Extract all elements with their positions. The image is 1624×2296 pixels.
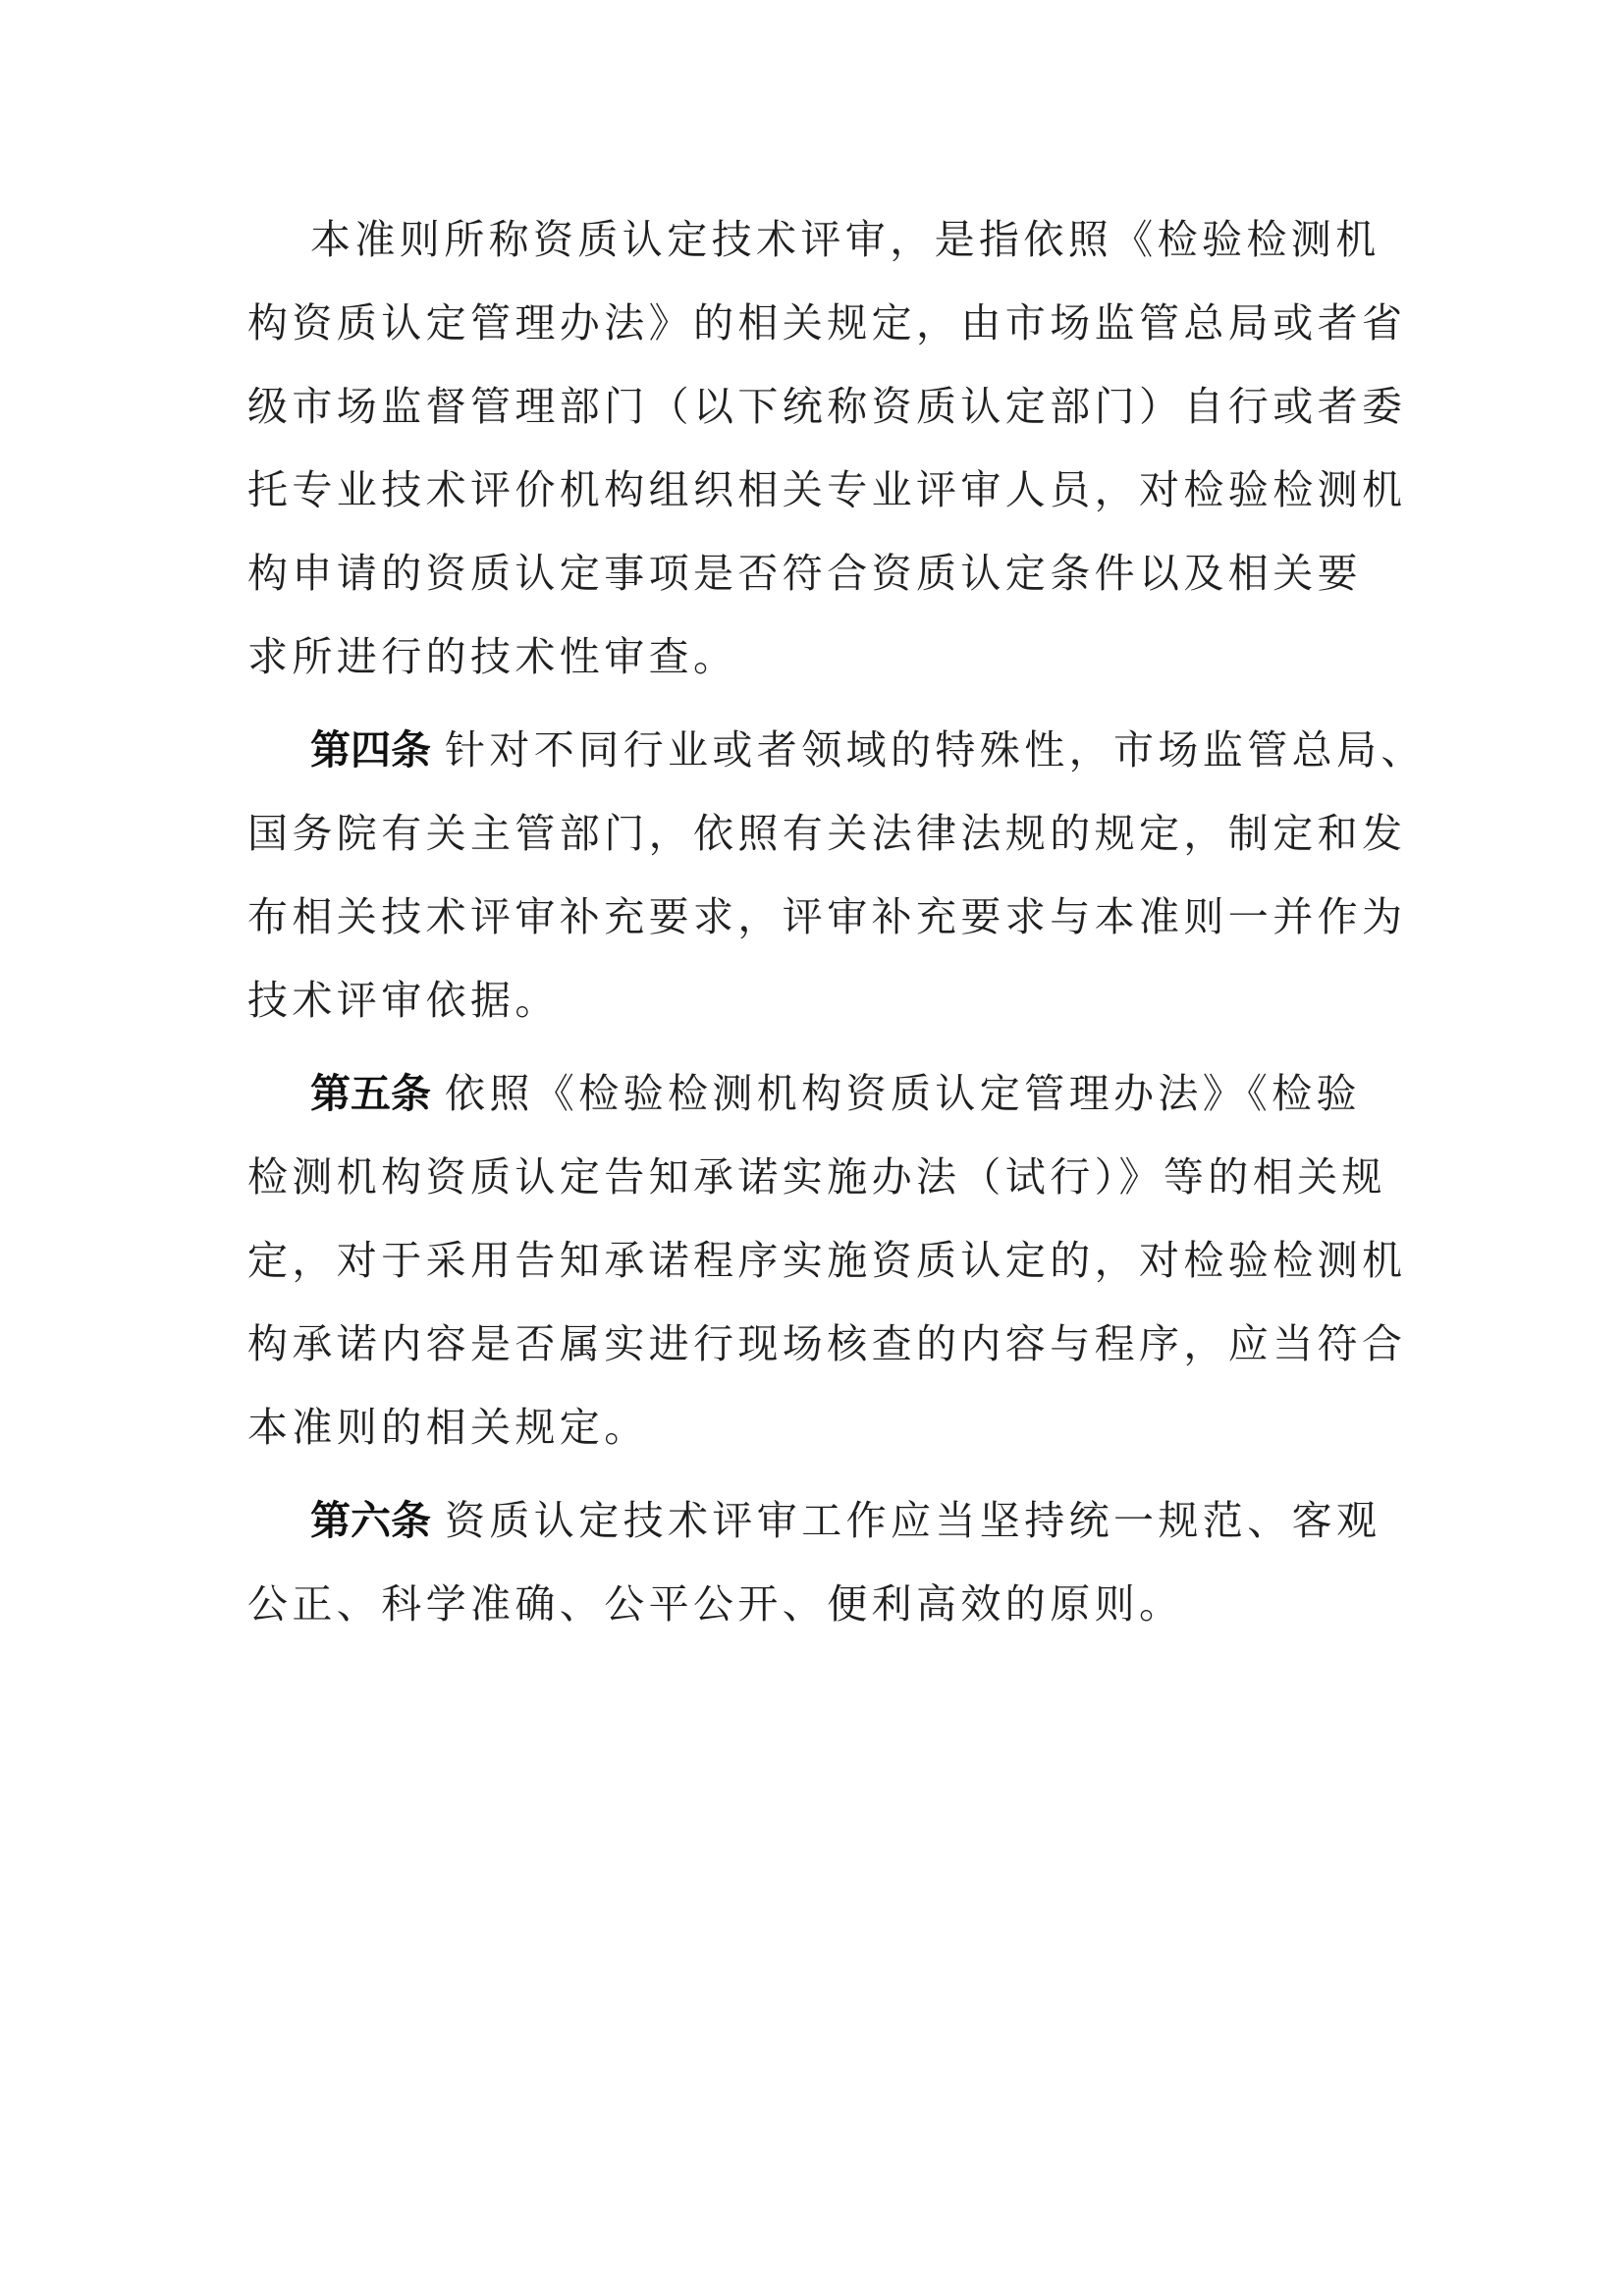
text-line: 公正、科学准确、公平公开、便利高效的原则。 [247,1575,1183,1633]
article-heading: 第六条 [310,1497,431,1544]
text-line: 检测机构资质认定告知承诺实施办法（试行）》等的相关规 [247,1148,1386,1206]
text-line: 第四条针对不同行业或者领域的特殊性，市场监管总局、 [310,721,1426,779]
article-text: 资质认定技术评审工作应当坚持统一规范、客观 [445,1497,1380,1544]
article-text: 依照《检验检测机构资质认定管理办法》《检验 [445,1070,1361,1117]
text-line: 托专业技术评价机构组织相关专业评审人员，对检验检测机 [247,460,1406,519]
article-heading: 第四条 [310,726,431,774]
text-line: 构承诺内容是否属实进行现场核查的内容与程序，应当符合 [247,1314,1406,1373]
text-line: 本准则所称资质认定技术评审，是指依照《检验检测机 [310,210,1380,269]
text-line: 技术评审依据。 [247,971,560,1030]
text-line: 第六条资质认定技术评审工作应当坚持统一规范、客观 [310,1491,1380,1550]
text-line: 第五条依照《检验检测机构资质认定管理办法》《检验 [310,1064,1361,1123]
text-line: 国务院有关主管部门，依照有关法律法规的规定，制定和发 [247,804,1406,863]
text-line: 级市场监督管理部门（以下统称资质认定部门）自行或者委 [247,377,1406,436]
text-line: 定，对于采用告知承诺程序实施资质认定的，对检验检测机 [247,1231,1406,1290]
text-line: 布相关技术评审补充要求，评审补充要求与本准则一并作为 [247,887,1406,946]
text-line: 本准则的相关规定。 [247,1398,649,1457]
article-heading: 第五条 [310,1070,431,1117]
article-text: 针对不同行业或者领域的特殊性，市场监管总局、 [445,726,1426,774]
text-line: 构申请的资质认定事项是否符合资质认定条件以及相关要 [247,544,1362,603]
text-line: 求所进行的技术性审查。 [247,627,737,686]
text-line: 构资质认定管理办法》的相关规定，由市场监管总局或者省 [247,294,1406,352]
